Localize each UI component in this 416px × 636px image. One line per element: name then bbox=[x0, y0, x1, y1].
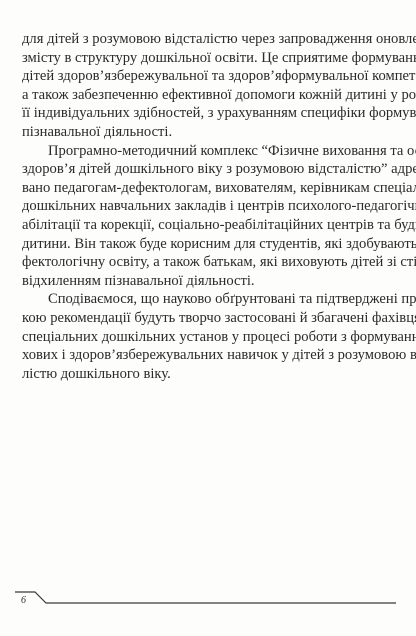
text-line: хових і здоров’язбережувальних навичок у… bbox=[22, 346, 396, 365]
body-text: для дітей з розумовою відсталістю через … bbox=[22, 30, 396, 383]
page-footer: 6 bbox=[0, 585, 416, 615]
text-line: абілітації та корекції, соціально-реабіл… bbox=[22, 216, 396, 235]
text-line: а також забезпеченню ефективної допомоги… bbox=[22, 86, 396, 105]
paragraph-3: Сподіваємося, що науково обґрунтовані та… bbox=[22, 290, 396, 383]
text-line: Програмно-методичний комплекс “Фізичне в… bbox=[22, 142, 396, 161]
text-line: дітей здоров’язбережувальної та здоров’я… bbox=[22, 67, 396, 86]
text-line: для дітей з розумовою відсталістю через … bbox=[22, 30, 396, 49]
text-line: змісту в структуру дошкільної освіти. Це… bbox=[22, 49, 396, 68]
text-line: дошкільних навчальних закладів і центрів… bbox=[22, 197, 396, 216]
text-line: кою рекомендації будуть творчо застосова… bbox=[22, 309, 396, 328]
paragraph-2: Програмно-методичний комплекс “Фізичне в… bbox=[22, 142, 396, 291]
page-number: 6 bbox=[21, 595, 26, 606]
text-line: спеціальних дошкільних установ у процесі… bbox=[22, 328, 396, 347]
text-line: дитини. Він також буде корисним для студ… bbox=[22, 235, 396, 254]
text-line: її індивідуальних здібностей, з урахуван… bbox=[22, 104, 396, 123]
text-line: пізнавальної діяльності. bbox=[22, 123, 396, 142]
text-line: фектологічну освіту, а також батькам, як… bbox=[22, 253, 396, 272]
footer-rule bbox=[0, 585, 416, 615]
text-line: Сподіваємося, що науково обґрунтовані та… bbox=[22, 290, 396, 309]
text-line: лістю дошкільного віку. bbox=[22, 365, 396, 384]
text-line: відхиленням пізнавальної діяльності. bbox=[22, 272, 396, 291]
text-line: здоров’я дітей дошкільного віку з розумо… bbox=[22, 160, 396, 179]
text-line: вано педагогам-дефектологам, вихователям… bbox=[22, 179, 396, 198]
paragraph-1: для дітей з розумовою відсталістю через … bbox=[22, 30, 396, 142]
